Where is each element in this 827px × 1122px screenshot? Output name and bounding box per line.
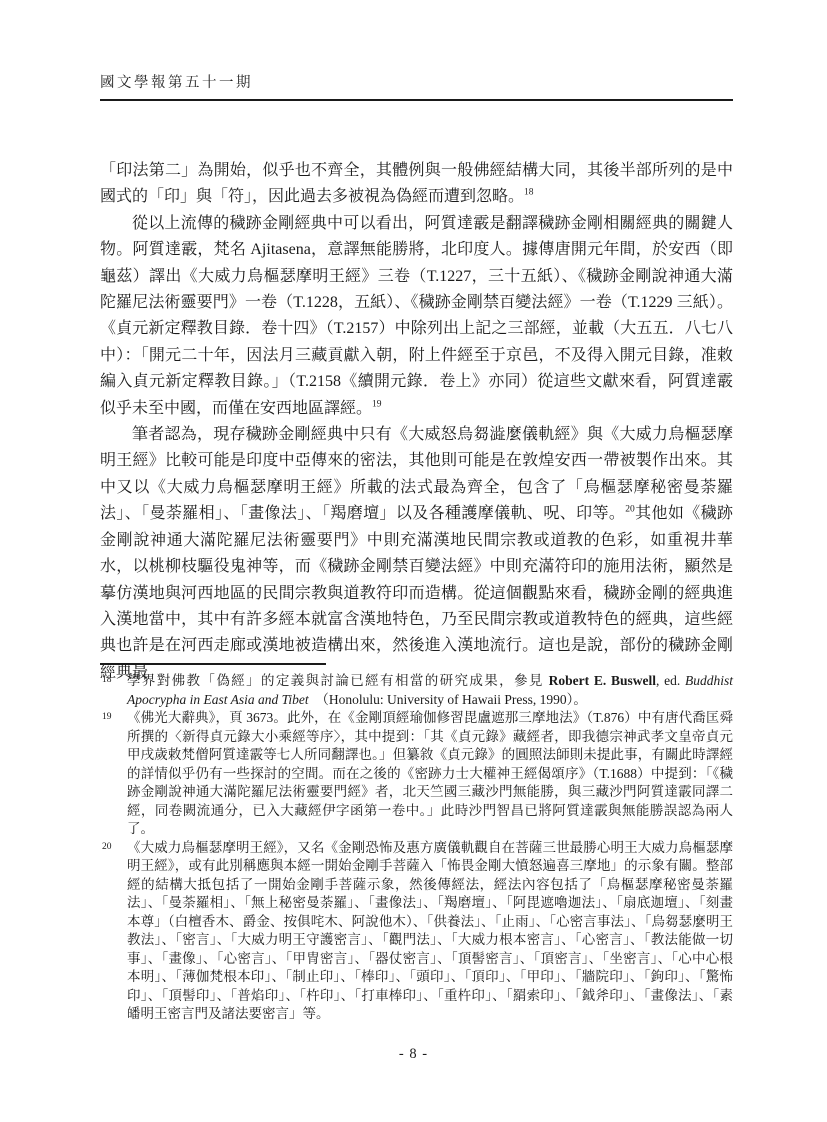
footnote-number: 18 xyxy=(102,671,112,690)
footnotes-section: 18 學界對佛教「偽經」的定義與討論已經有相當的研究成果，參見 Robert E… xyxy=(100,672,733,1024)
body-paragraph-3: 筆者認為，現存穢跡金剛經典中只有《大威怒烏芻澁麼儀軌經》與《大威力烏樞瑟摩明王經… xyxy=(100,422,733,686)
footnote-number: 20 xyxy=(102,838,112,857)
page-header: 國文學報第五十一期 xyxy=(100,71,733,101)
body-paragraph-2: 從以上流傳的穢跡金剛經典中可以看出，阿質達霰是翻譯穢跡金剛相關經典的關鍵人物。阿… xyxy=(100,211,733,422)
footnote-text: 《佛光大辭典》，頁 3673。此外，在《金剛頂經瑜伽修習毘盧遮那三摩地法》（T.… xyxy=(127,710,733,836)
footnote-19: 19 《佛光大辭典》，頁 3673。此外，在《金剛頂經瑜伽修習毘盧遮那三摩地法》… xyxy=(100,709,733,839)
running-title: 國文學報第五十一期 xyxy=(100,75,253,91)
footnote-ref: 19 xyxy=(372,399,382,409)
footnote-text: 學界對佛教「偽經」的定義與討論已經有相當的研究成果，參見 Robert E. B… xyxy=(127,673,733,707)
text-run: 「印法第二」為開始，似乎也不齊全，其體例與一般佛經結構大同，其後半部所列的是中國… xyxy=(100,162,733,205)
footnote-separator xyxy=(100,663,326,665)
body-text: 「印法第二」為開始，似乎也不齊全，其體例與一般佛經結構大同，其後半部所列的是中國… xyxy=(100,158,733,686)
footnote-ref: 18 xyxy=(524,188,534,198)
text-run: 學界對佛教「偽經」的定義與討論已經有相當的研究成果，參見 xyxy=(127,673,549,688)
text-run: （Honolulu: University of Hawaii Press, 1… xyxy=(309,692,587,707)
footnote-18: 18 學界對佛教「偽經」的定義與討論已經有相當的研究成果，參見 Robert E… xyxy=(100,672,733,709)
footnote-number: 19 xyxy=(102,708,112,727)
body-paragraph-1: 「印法第二」為開始，似乎也不齊全，其體例與一般佛經結構大同，其後半部所列的是中國… xyxy=(100,158,733,211)
text-run: , ed. xyxy=(656,673,685,688)
footnote-text: 《大威力烏樞瑟摩明王經》，又名《金剛恐怖及惠方廣儀軌觀自在菩薩三世最勝心明王大威… xyxy=(127,840,733,1022)
bold-text: Robert E. Buswell xyxy=(549,673,656,688)
text-run: 其他如《穢跡金剛說神通大滿陀羅尼法術靈要門》中則充滿漢地民間宗教或道教的色彩，如… xyxy=(100,505,733,680)
document-page: 國文學報第五十一期 「印法第二」為開始，似乎也不齊全，其體例與一般佛經結構大同，… xyxy=(0,0,827,1122)
text-run: 從以上流傳的穢跡金剛經典中可以看出，阿質達霰是翻譯穢跡金剛相關經典的關鍵人物。阿… xyxy=(100,215,733,417)
footnote-20: 20 《大威力烏樞瑟摩明王經》，又名《金剛恐怖及惠方廣儀軌觀自在菩薩三世最勝心明… xyxy=(100,839,733,1024)
page-number: - 8 - xyxy=(0,1046,827,1063)
footnote-ref: 20 xyxy=(625,505,635,515)
text-run: 《佛光大辭典》，頁 3673。此外，在《金剛頂經瑜伽修習毘盧遮那三摩地法》（T.… xyxy=(127,710,733,836)
text-run: 《大威力烏樞瑟摩明王經》，又名《金剛恐怖及惠方廣儀軌觀自在菩薩三世最勝心明王大威… xyxy=(127,840,733,1022)
